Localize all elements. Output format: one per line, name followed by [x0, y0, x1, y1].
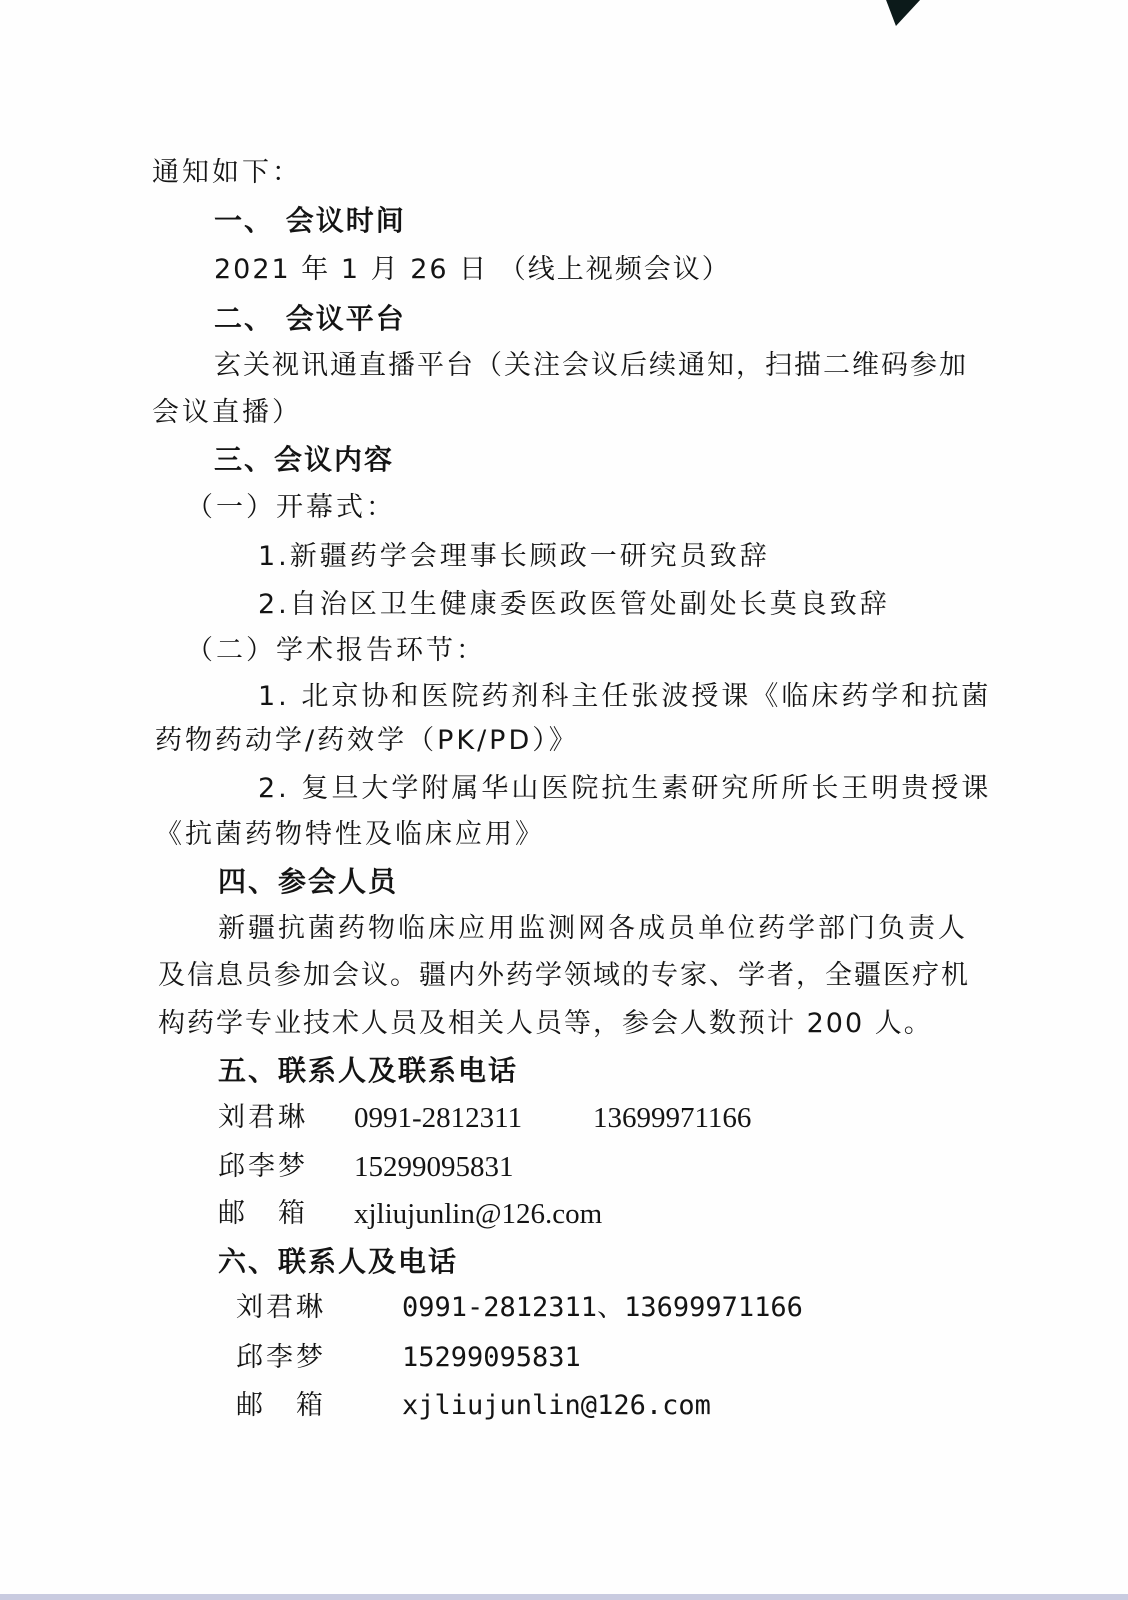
subsection-2-title: （二）学术报告环节： [186, 634, 486, 668]
contact-mobile: 13699971166 [593, 1101, 751, 1135]
contact-name: 刘君琳 [218, 1101, 308, 1135]
contact-phones: 0991-2812311、13699971166 [402, 1291, 803, 1325]
section-4-body-line-1: 新疆抗菌药物临床应用监测网各成员单位药学部门负责人 [218, 912, 968, 946]
lecture-1-line-2: 药物药动学/药效学（PK/PD）》 [155, 724, 579, 758]
scan-corner-mark [874, 0, 920, 26]
lecture-2-line-2: 《抗菌药物特性及临床应用》 [155, 818, 545, 852]
section-4-body-line-3: 构药学专业技术人员及相关人员等，参会人数预计 200 人。 [158, 1007, 933, 1041]
intro-text: 通知如下： [152, 156, 302, 190]
email-address: xjliujunlin@126.com [354, 1197, 602, 1231]
section-1-body: 2021 年 1 月 26 日 （线上视频会议） [214, 253, 731, 287]
section-2-heading: 二、 会议平台 [214, 302, 406, 336]
contact-name: 刘君琳 [236, 1291, 326, 1325]
section-1-heading: 一、 会议时间 [214, 204, 406, 238]
section-4-body-line-2: 及信息员参加会议。疆内外药学领域的专家、学者，全疆医疗机 [158, 959, 970, 993]
contact-mobile: 15299095831 [354, 1150, 514, 1184]
section-2-body-line-2: 会议直播） [152, 396, 302, 430]
contact-name: 邱李梦 [236, 1341, 326, 1375]
subsection-1-title: （一）开幕式： [186, 491, 396, 525]
contact-phones: 15299095831 [402, 1341, 581, 1375]
section-2-body-line-1: 玄关视讯通直播平台（关注会议后续通知，扫描二维码参加 [214, 349, 968, 383]
section-6-heading: 六、联系人及电话 [218, 1245, 458, 1279]
section-3-heading: 三、会议内容 [214, 443, 394, 477]
email-label: 邮 箱 [236, 1389, 326, 1423]
lecture-2-line-1: 2. 复旦大学附属华山医院抗生素研究所所长王明贵授课 [258, 772, 991, 806]
section-4-heading: 四、参会人员 [218, 865, 398, 899]
scan-bottom-edge [0, 1594, 1128, 1600]
lecture-1-line-1: 1. 北京协和医院药剂科主任张波授课《临床药学和抗菌 [258, 680, 991, 714]
section-5-heading: 五、联系人及联系电话 [218, 1054, 518, 1088]
opening-item-2: 2.自治区卫生健康委医政医管处副处长莫良致辞 [258, 588, 890, 622]
contact-landline: 0991-2812311 [354, 1101, 522, 1135]
opening-item-1: 1.新疆药学会理事长顾政一研究员致辞 [258, 540, 770, 574]
document-page: 通知如下： 一、 会议时间 2021 年 1 月 26 日 （线上视频会议） 二… [0, 0, 1128, 1600]
contact-name: 邱李梦 [218, 1150, 308, 1184]
email-label: 邮 箱 [218, 1197, 308, 1231]
email-address: xjliujunlin@126.com [402, 1389, 711, 1423]
